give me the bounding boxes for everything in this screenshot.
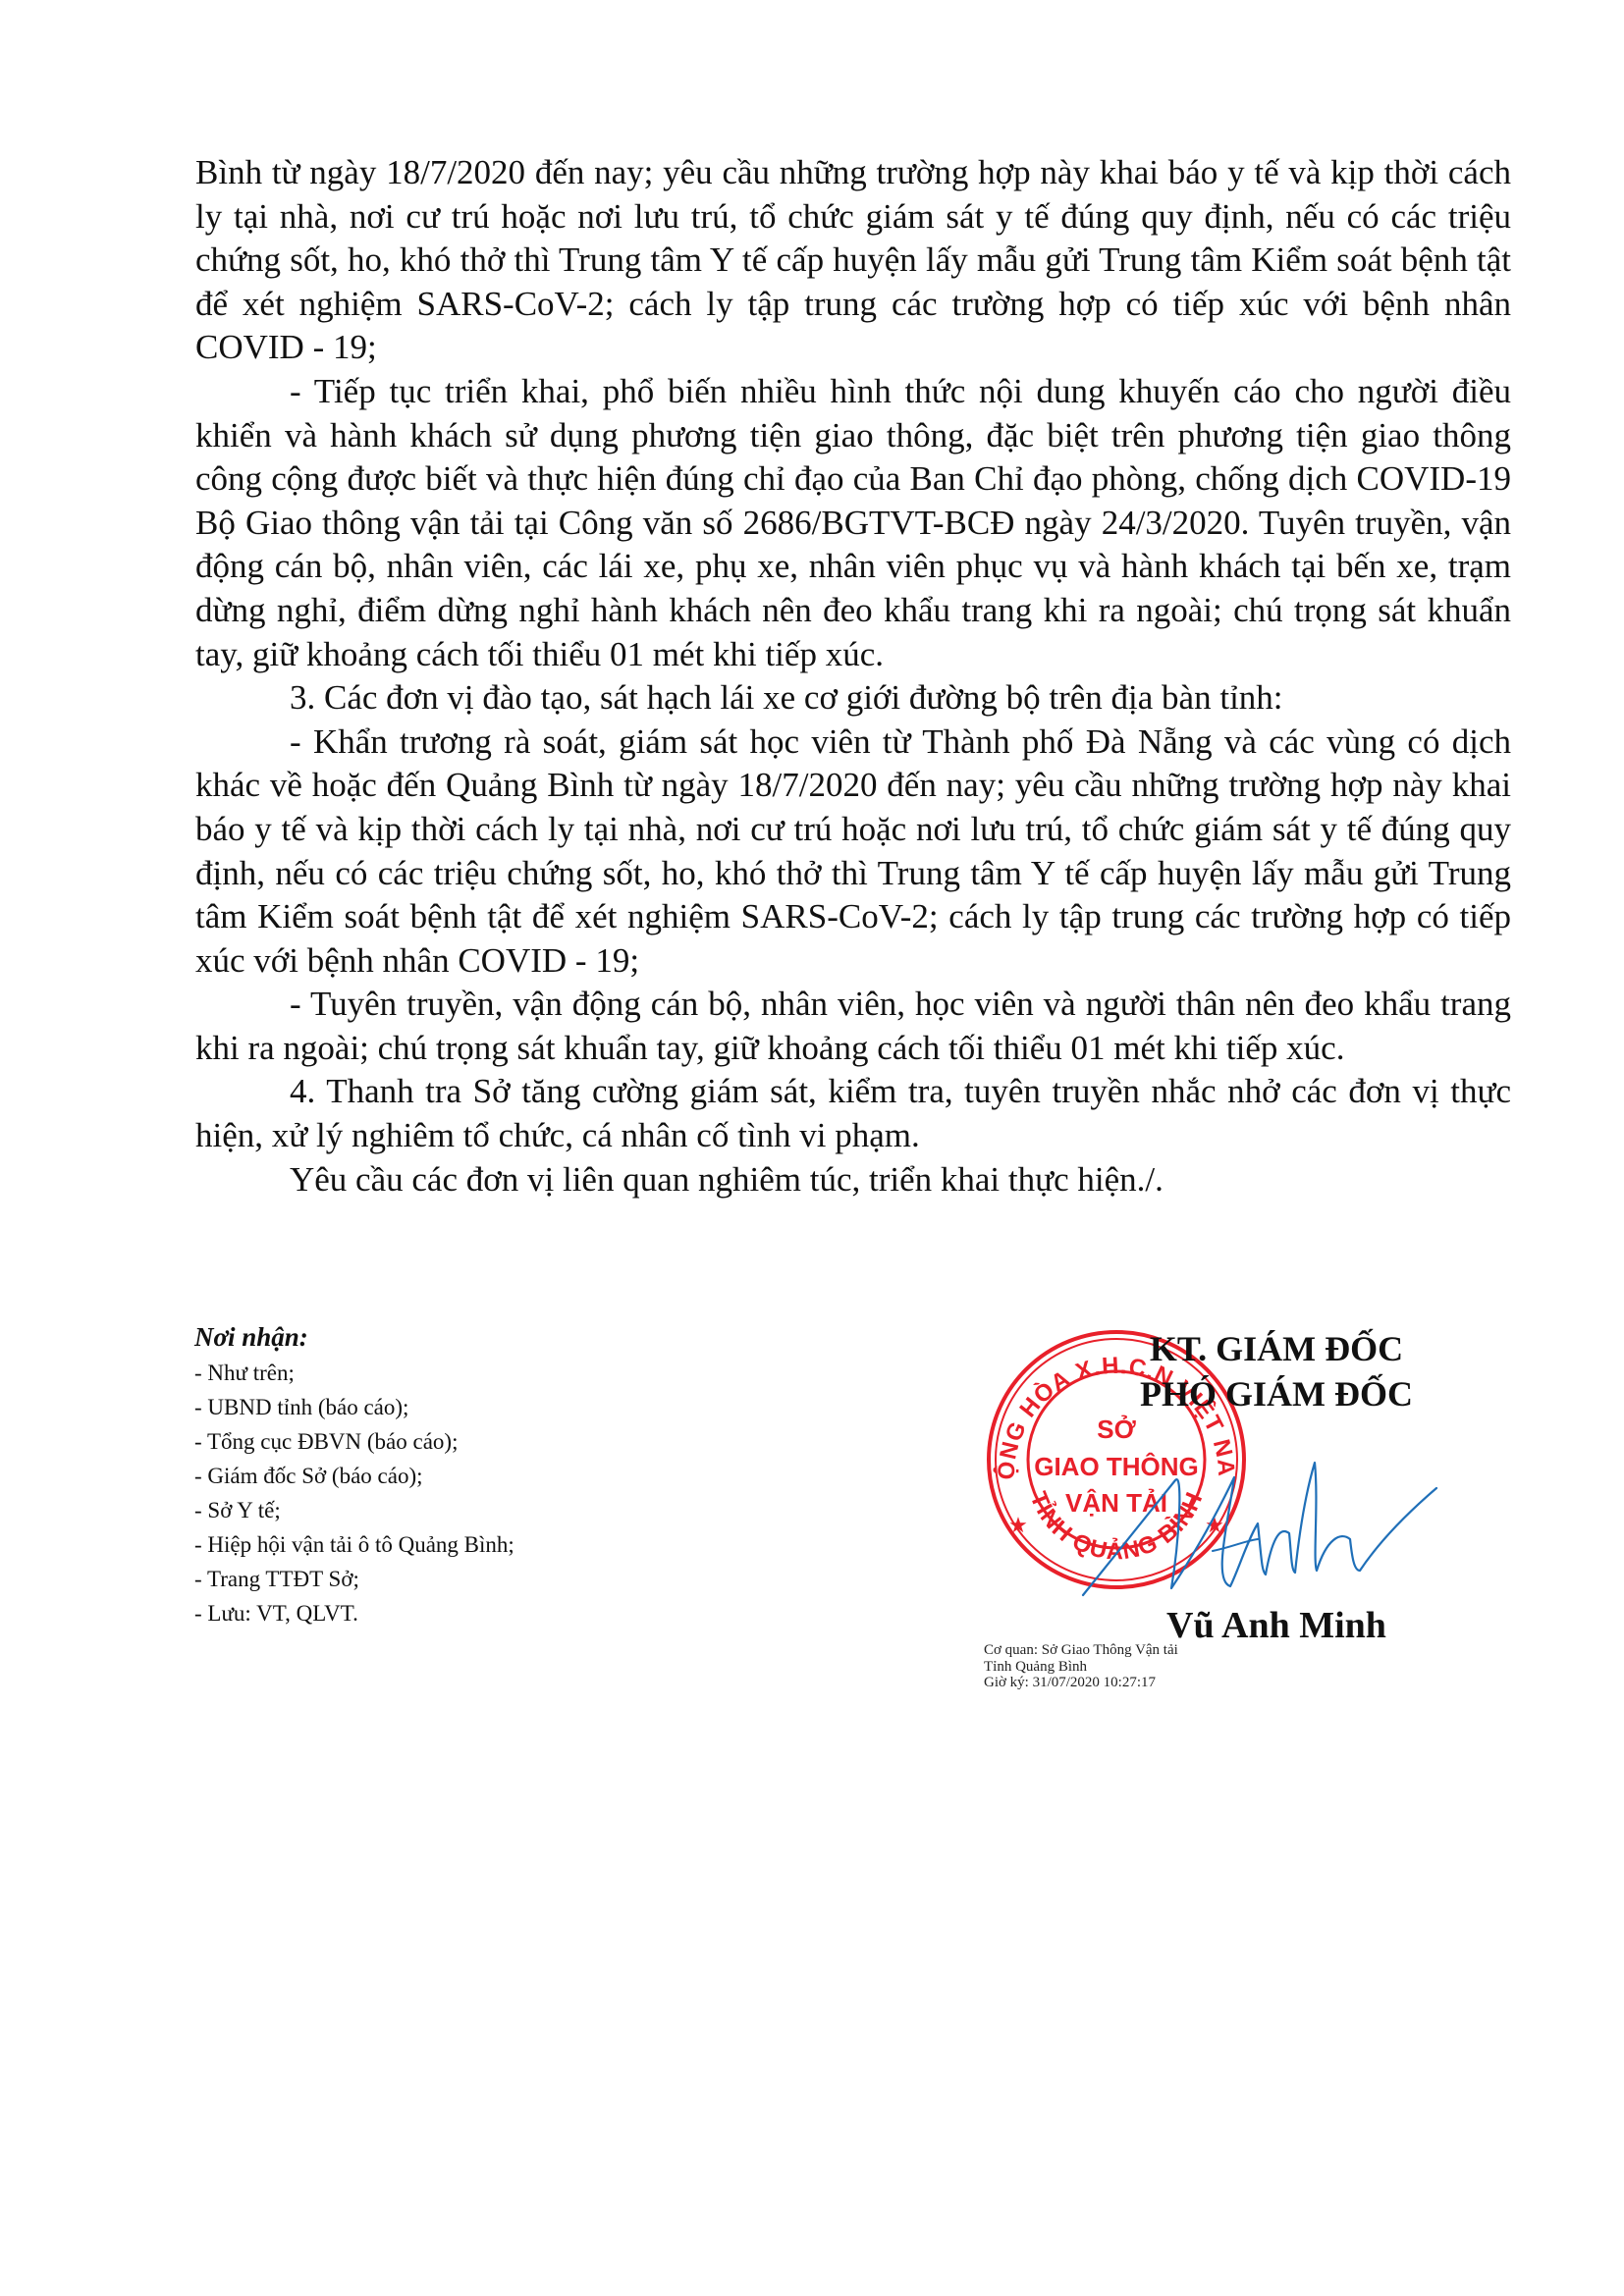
paragraph: - Tuyên truyền, vận động cán bộ, nhân vi… <box>195 983 1511 1070</box>
handwritten-signature <box>1065 1423 1438 1600</box>
recipients-title: Nơi nhận: <box>194 1318 514 1356</box>
recipient-item: - Hiệp hội vận tải ô tô Quảng Bình; <box>194 1527 514 1562</box>
paragraph: - Khẩn trương rà soát, giám sát học viên… <box>195 721 1511 984</box>
recipient-item: - Giám đốc Sở (báo cáo); <box>194 1459 514 1493</box>
digital-signature-agency: Cơ quan: Sở Giao Thông Vận tải <box>984 1642 1178 1659</box>
paragraph: Bình từ ngày 18/7/2020 đến nay; yêu cầu … <box>195 151 1511 370</box>
closing-paragraph: Yêu cầu các đơn vị liên quan nghiêm túc,… <box>195 1158 1511 1202</box>
recipients-block: Nơi nhận: - Như trên; - UBND tỉnh (báo c… <box>194 1318 514 1630</box>
recipient-item: - Lưu: VT, QLVT. <box>194 1596 514 1630</box>
signature-title-line2: PHÓ GIÁM ĐỐC <box>1090 1371 1463 1416</box>
signature-title-line1: KT. GIÁM ĐỐC <box>1090 1326 1463 1371</box>
recipient-item: - UBND tỉnh (báo cáo); <box>194 1390 514 1424</box>
recipient-item: - Sở Y tế; <box>194 1493 514 1527</box>
document-body: Bình từ ngày 18/7/2020 đến nay; yêu cầu … <box>195 151 1511 1201</box>
recipient-item: - Như trên; <box>194 1356 514 1390</box>
signer-name: Vũ Anh Minh <box>1090 1604 1463 1647</box>
star-icon: ★ <box>1008 1513 1028 1537</box>
recipient-item: - Tổng cục ĐBVN (báo cáo); <box>194 1424 514 1459</box>
digital-signature-province: Tỉnh Quảng Bình <box>984 1659 1178 1676</box>
paragraph-heading: 3. Các đơn vị đào tạo, sát hạch lái xe c… <box>195 676 1511 721</box>
paragraph: - Tiếp tục triển khai, phổ biến nhiều hì… <box>195 370 1511 676</box>
recipient-item: - Trang TTĐT Sở; <box>194 1562 514 1596</box>
digital-signature-info: Cơ quan: Sở Giao Thông Vận tải Tỉnh Quản… <box>984 1642 1178 1691</box>
digital-signature-time: Giờ ký: 31/07/2020 10:27:17 <box>984 1675 1178 1691</box>
paragraph: 4. Thanh tra Sở tăng cường giám sát, kiể… <box>195 1070 1511 1157</box>
